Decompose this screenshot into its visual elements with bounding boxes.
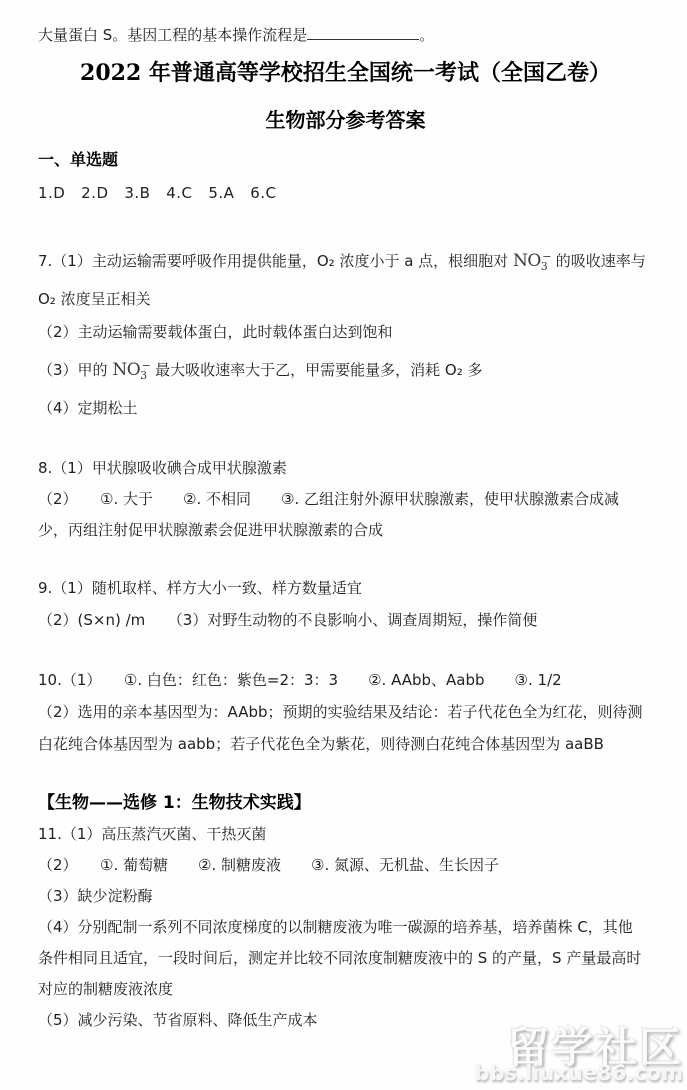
q7-line4-tail: 最大吸收速率大于乙，甲需要能量多，消耗 O₂ 多 xyxy=(150,361,482,379)
question-9-answers: 9.（1）随机取样、样方大小一致、样方数量适宜 （2）(S×n) /m （3）对… xyxy=(38,572,653,636)
document-content: 大量蛋白 S。基因工程的基本操作流程是。 2022 年普通高等学校招生全国统一考… xyxy=(0,25,687,1036)
no3-superscript: − xyxy=(542,250,551,263)
question-10-answers: 10.（1） ①. 白色：红色：紫色=2：3：3 ②. AAbb、Aabb ③.… xyxy=(38,664,653,760)
section-heading-single-choice: 一、单选题 xyxy=(38,148,653,172)
q11-line-1: 11.（1）高压蒸汽灭菌、干热灭菌 xyxy=(38,819,653,850)
no3-formula: NO3− xyxy=(112,360,150,380)
q7-line-1: 7.（1）主动运输需要呼吸作用提供能量，O₂ 浓度小于 a 点，根细胞对 NO3… xyxy=(38,240,653,283)
q11-line-5: 条件相同且适宜，一段时间后，测定并比较不同浓度制糖废液中的 S 的产量，S 产量… xyxy=(38,943,653,974)
q11-line-2: （2） ①. 葡萄糖 ②. 制糖废液 ③. 氮源、无机盐、生长因子 xyxy=(38,850,653,881)
q11-line-6: 对应的制糖废液浓度 xyxy=(38,974,653,1005)
document-page: 大量蛋白 S。基因工程的基本操作流程是。 2022 年普通高等学校招生全国统一考… xyxy=(0,0,687,1090)
q8-line-1: 8.（1）甲状腺吸收碘合成甲状腺激素 xyxy=(38,453,653,484)
q11-line-4: （4）分别配制一系列不同浓度梯度的以制糖废液为唯一碳源的培养基，培养菌株 C，其… xyxy=(38,912,653,943)
q7-line-4: （3）甲的 NO3− 最大吸收速率大于乙，甲需要能量多，消耗 O₂ 多 xyxy=(38,349,653,392)
q7-line-2: O₂ 浓度呈正相关 xyxy=(38,283,653,316)
fill-in-blank-line xyxy=(307,25,419,40)
q10-line-2: （2）选用的亲本基因型为：AAbb；预期的实验结果及结论：若子代花色全为红花，则… xyxy=(38,696,653,728)
intro-line: 大量蛋白 S。基因工程的基本操作流程是。 xyxy=(38,25,653,45)
q8-line-3: 少，丙组注射促甲状腺激素会促进甲状腺激素的合成 xyxy=(38,515,653,546)
q8-line-2: （2） ①. 大于 ②. 不相同 ③. 乙组注射外源甲状腺激素，使甲状腺激素合成… xyxy=(38,484,653,515)
q11-line-7: （5）减少污染、节省原料、降低生产成本 xyxy=(38,1005,653,1036)
q10-line-1: 10.（1） ①. 白色：红色：紫色=2：3：3 ②. AAbb、Aabb ③.… xyxy=(38,664,653,696)
q7-line1-text: 7.（1）主动运输需要呼吸作用提供能量，O₂ 浓度小于 a 点，根细胞对 xyxy=(38,252,513,270)
q7-line-3: （2）主动运输需要载体蛋白，此时载体蛋白达到饱和 xyxy=(38,316,653,349)
intro-suffix: 。 xyxy=(419,26,434,44)
q9-line-1: 9.（1）随机取样、样方大小一致、样方数量适宜 xyxy=(38,572,653,604)
page-subtitle: 生物部分参考答案 xyxy=(38,106,653,134)
intro-prefix: 大量蛋白 S。基因工程的基本操作流程是 xyxy=(38,26,307,44)
page-title: 2022 年普通高等学校招生全国统一考试（全国乙卷） xyxy=(38,58,653,88)
no3-base: NO xyxy=(112,360,140,380)
no3-formula: NO3− xyxy=(513,251,551,271)
q7-line4-text: （3）甲的 xyxy=(38,361,112,379)
no3-base: NO xyxy=(513,251,541,271)
watermark-url: bbs.liuxue86.com xyxy=(474,1063,683,1084)
q7-line-5: （4）定期松土 xyxy=(38,392,653,425)
q11-line-3: （3）缺少淀粉酶 xyxy=(38,881,653,912)
q10-line-3: 白花纯合体基因型为 aabb；若子代花色全为紫花，则待测白花纯合体基因型为 aa… xyxy=(38,728,653,760)
q7-line1-tail: 的吸收速率与 xyxy=(551,252,646,270)
question-8-answers: 8.（1）甲状腺吸收碘合成甲状腺激素 （2） ①. 大于 ②. 不相同 ③. 乙… xyxy=(38,453,653,546)
section-heading-elective-1: 【生物——选修 1：生物技术实践】 xyxy=(38,790,653,816)
question-7-answers: 7.（1）主动运输需要呼吸作用提供能量，O₂ 浓度小于 a 点，根细胞对 NO3… xyxy=(38,240,653,425)
q9-line-2: （2）(S×n) /m （3）对野生动物的不良影响小、调查周期短，操作简便 xyxy=(38,604,653,636)
choice-answers-line: 1.D 2.D 3.B 4.C 5.A 6.C xyxy=(38,182,653,204)
question-11-answers: 11.（1）高压蒸汽灭菌、干热灭菌 （2） ①. 葡萄糖 ②. 制糖废液 ③. … xyxy=(38,819,653,1036)
